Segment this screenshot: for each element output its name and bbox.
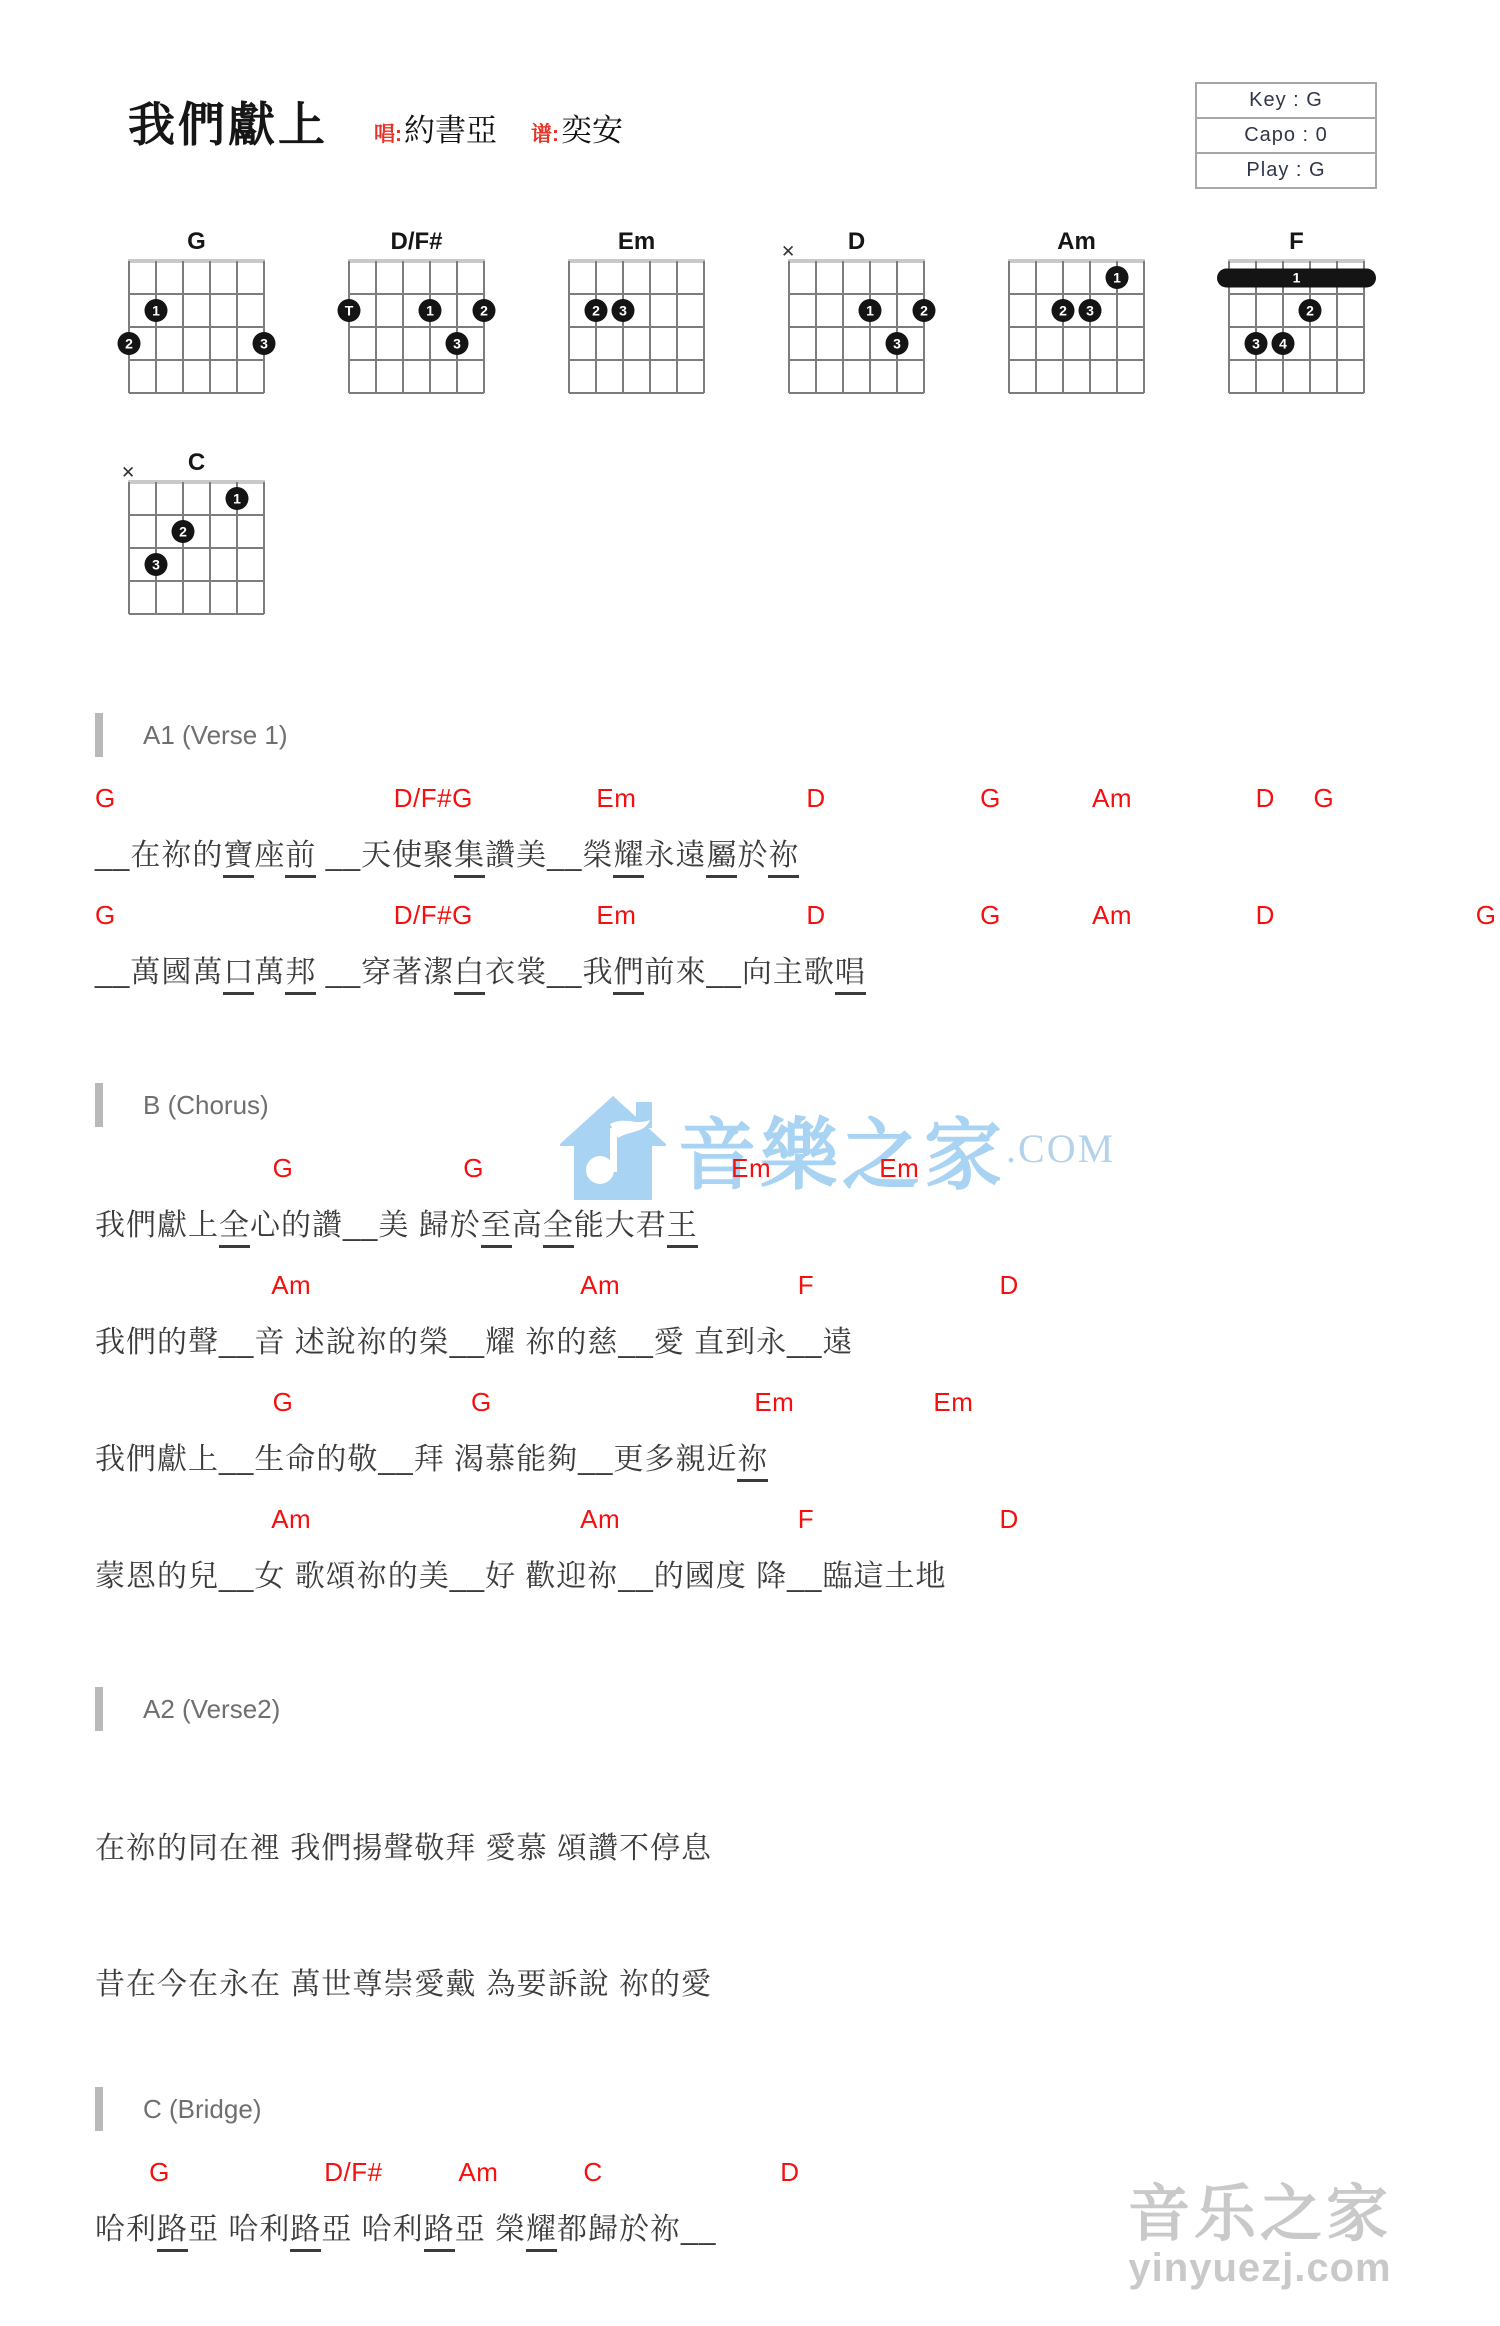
song-sections: A1 (Verse 1)G D/F#G Em D G Am D G__在祢的寶座…	[95, 713, 1460, 2248]
svg-text:1: 1	[1293, 270, 1301, 286]
lyric-underlined: 路	[290, 2213, 321, 2252]
key-info-box: Key : G Capo : 0 Play : G	[1195, 82, 1377, 189]
svg-text:1: 1	[233, 491, 241, 507]
lyric-underlined: 祢	[768, 839, 799, 878]
watermark-br-domain: yinyuezj.com	[1128, 2247, 1392, 2289]
lyric-underlined: 屬	[706, 839, 737, 878]
lyric-underlined: 全	[543, 1209, 574, 1248]
score-name: 奕安	[561, 113, 623, 148]
lyric-text: 都歸於祢__	[557, 2213, 716, 2246]
lyric-line: 我們獻上__生命的敬__拜 渴慕能夠__更多親近祢	[95, 1434, 1460, 1478]
lyric-text: 心的讚__美 歸於	[250, 1209, 481, 1242]
svg-text:2: 2	[179, 524, 187, 540]
lyric-line: 哈利路亞 哈利路亞 哈利路亞 榮耀都歸於祢__	[95, 2204, 1460, 2248]
chord-grid: D/F#T123	[335, 227, 505, 409]
lyric-text: 蒙恩的兒__女 歌頌祢的美__好 歡迎祢__的國度 降__臨這土地	[95, 1560, 946, 1593]
section-heading: B (Chorus)	[95, 1083, 1460, 1127]
chord-name-label: Am	[1057, 228, 1096, 255]
chord-line: G D/F#G Em D G Am D G	[95, 783, 1460, 814]
lyric-line: 蒙恩的兒__女 歌頌祢的美__好 歡迎祢__的國度 降__臨這土地	[95, 1551, 1460, 1595]
page-title: 我們獻上	[128, 88, 328, 155]
key-info-capo: Capo : 0	[1195, 117, 1377, 154]
chord-diagram-C: C✕123	[115, 448, 285, 635]
svg-text:2: 2	[592, 303, 600, 319]
svg-text:3: 3	[260, 336, 268, 352]
svg-text:1: 1	[152, 303, 160, 319]
chord-diagram-F: F1234	[1215, 227, 1385, 414]
vocal-name: 約書亞	[404, 113, 497, 148]
svg-text:1: 1	[426, 303, 434, 319]
lyric-line: 在祢的同在裡 我們揚聲敬拜 愛慕 頌讚不停息	[95, 1823, 1460, 1867]
lyric-text: 高	[512, 1209, 543, 1242]
key-info-key: Key : G	[1195, 82, 1377, 119]
lyric-text: __穿著潔	[316, 956, 454, 989]
song-section: C (Bridge) G D/F# Am C D哈利路亞 哈利路亞 哈利路亞 榮…	[95, 2087, 1460, 2248]
lyric-text: __天使聚	[316, 839, 454, 872]
song-section: B (Chorus) G G Em Em我們獻上全心的讚__美 歸於至高全能大君…	[95, 1083, 1460, 1595]
chord-line: G D/F# Am C D	[95, 2157, 1460, 2188]
credits: 唱:約書亞谱:奕安	[374, 105, 623, 150]
chord-diagram-row-2: C✕123	[115, 448, 1460, 635]
chord-line: G D/F#G Em D G Am D G	[95, 900, 1460, 931]
song-section: A1 (Verse 1)G D/F#G Em D G Am D G__在祢的寶座…	[95, 713, 1460, 991]
muted-string-marker: ✕	[121, 463, 135, 482]
chord-name-label: C	[188, 449, 205, 476]
chord-name-label: F	[1289, 228, 1304, 255]
chord-diagram-row-1: G123D/F#T123Em23D✕123Am123F1234	[115, 227, 1460, 414]
lyric-text: 我們獻上__生命的敬__拜 渴慕能夠__更多親近	[95, 1443, 737, 1476]
lyric-underlined: 王	[667, 1209, 698, 1248]
chord-line: Am Am F D	[95, 1504, 1460, 1535]
chord-diagram-DF: D/F#T123	[335, 227, 505, 414]
lyric-line: 我們獻上全心的讚__美 歸於至高全能大君王	[95, 1200, 1460, 1244]
chord-line: G G Em Em	[95, 1387, 1460, 1418]
svg-text:3: 3	[1252, 336, 1260, 352]
chord-diagram-G: G123	[115, 227, 285, 414]
lyric-text: 亞 哈利	[188, 2213, 290, 2246]
svg-text:1: 1	[1113, 270, 1121, 286]
svg-text:2: 2	[1306, 303, 1314, 319]
lyric-text: 讚美__榮	[485, 839, 613, 872]
score-label: 谱:	[531, 123, 559, 146]
section-heading: A1 (Verse 1)	[95, 713, 1460, 757]
lyric-text: 在祢的同在裡 我們揚聲敬拜 愛慕 頌讚不停息	[95, 1832, 712, 1865]
chord-grid: G123	[115, 227, 285, 409]
lyric-underlined: 白	[454, 956, 485, 995]
svg-text:3: 3	[893, 336, 901, 352]
svg-text:3: 3	[453, 336, 461, 352]
svg-text:4: 4	[1279, 336, 1287, 352]
lyric-text: 能大君	[574, 1209, 667, 1242]
svg-text:2: 2	[125, 336, 133, 352]
chord-name-label: G	[187, 228, 206, 255]
chord-grid: Em23	[555, 227, 725, 409]
lyric-line: 昔在今在永在 萬世尊崇愛戴 為要訴說 祢的愛	[95, 1959, 1460, 2003]
svg-text:T: T	[345, 303, 354, 319]
chord-grid: F1234	[1215, 227, 1385, 409]
vocal-label: 唱:	[374, 123, 402, 146]
lyric-text: 我們的聲__音 述說祢的榮__耀 祢的慈__愛 直到永__遠	[95, 1326, 853, 1359]
lyric-underlined: 耀	[613, 839, 644, 878]
sheet-content: 我們獻上 唱:約書亞谱:奕安 Key : G Capo : 0 Play : G…	[0, 0, 1500, 2248]
lyric-text: 衣裳__我	[485, 956, 613, 989]
section-heading: A2 (Verse2)	[95, 1687, 1460, 1731]
lyric-text: __萬國萬	[95, 956, 223, 989]
lyric-text: 於	[737, 839, 768, 872]
lyric-underlined: 耀	[526, 2213, 557, 2252]
chord-grid: Am123	[995, 227, 1165, 409]
lyric-underlined: 全	[219, 1209, 250, 1248]
lyric-text: 座	[254, 839, 285, 872]
chord-name-label: Em	[618, 228, 655, 255]
svg-text:3: 3	[1086, 303, 1094, 319]
muted-string-marker: ✕	[781, 242, 795, 261]
lyric-text: 萬	[254, 956, 285, 989]
lyric-underlined: 至	[481, 1209, 512, 1248]
svg-text:2: 2	[1059, 303, 1067, 319]
chord-grid: C✕123	[115, 448, 285, 630]
lyric-line: __在祢的寶座前 __天使聚集讚美__榮耀永遠屬於祢	[95, 830, 1460, 874]
svg-text:2: 2	[920, 303, 928, 319]
lyric-underlined: 邦	[285, 956, 316, 995]
lyric-underlined: 唱	[835, 956, 866, 995]
chord-name-label: D	[848, 228, 865, 255]
lyric-line: 我們的聲__音 述說祢的榮__耀 祢的慈__愛 直到永__遠	[95, 1317, 1460, 1361]
lyric-text: 前來__向主歌	[644, 956, 834, 989]
chord-line: Am Am F D	[95, 1270, 1460, 1301]
lyric-text: 亞 榮	[455, 2213, 526, 2246]
chord-diagram-Em: Em23	[555, 227, 725, 414]
lyric-underlined: 們	[613, 956, 644, 995]
lyric-text: 昔在今在永在 萬世尊崇愛戴 為要訴說 祢的愛	[95, 1968, 712, 2001]
lyric-underlined: 口	[223, 956, 254, 995]
lyric-line: __萬國萬口萬邦 __穿著潔白衣裳__我們前來__向主歌唱	[95, 947, 1460, 991]
svg-text:3: 3	[619, 303, 627, 319]
svg-text:2: 2	[480, 303, 488, 319]
lyric-underlined: 路	[157, 2213, 188, 2252]
key-info-play: Play : G	[1195, 152, 1377, 189]
lyric-text: 哈利	[95, 2213, 157, 2246]
lyric-underlined: 前	[285, 839, 316, 878]
chord-name-label: D/F#	[390, 228, 442, 255]
chord-diagram-D: D✕123	[775, 227, 945, 414]
lyric-text: 永遠	[644, 839, 706, 872]
song-section: A2 (Verse2)在祢的同在裡 我們揚聲敬拜 愛慕 頌讚不停息昔在今在永在 …	[95, 1687, 1460, 2003]
chord-grid: D✕123	[775, 227, 945, 409]
chord-line: G G Em Em	[95, 1153, 1460, 1184]
svg-text:3: 3	[152, 557, 160, 573]
svg-text:1: 1	[866, 303, 874, 319]
lyric-underlined: 寶	[223, 839, 254, 878]
lyric-text: 亞 哈利	[321, 2213, 423, 2246]
section-heading: C (Bridge)	[95, 2087, 1460, 2131]
lyric-underlined: 祢	[737, 1443, 768, 1482]
lyric-text: 我們獻上	[95, 1209, 219, 1242]
lyric-underlined: 集	[454, 839, 485, 878]
lyric-underlined: 路	[424, 2213, 455, 2252]
lyric-text: __在祢的	[95, 839, 223, 872]
chord-diagram-Am: Am123	[995, 227, 1165, 414]
